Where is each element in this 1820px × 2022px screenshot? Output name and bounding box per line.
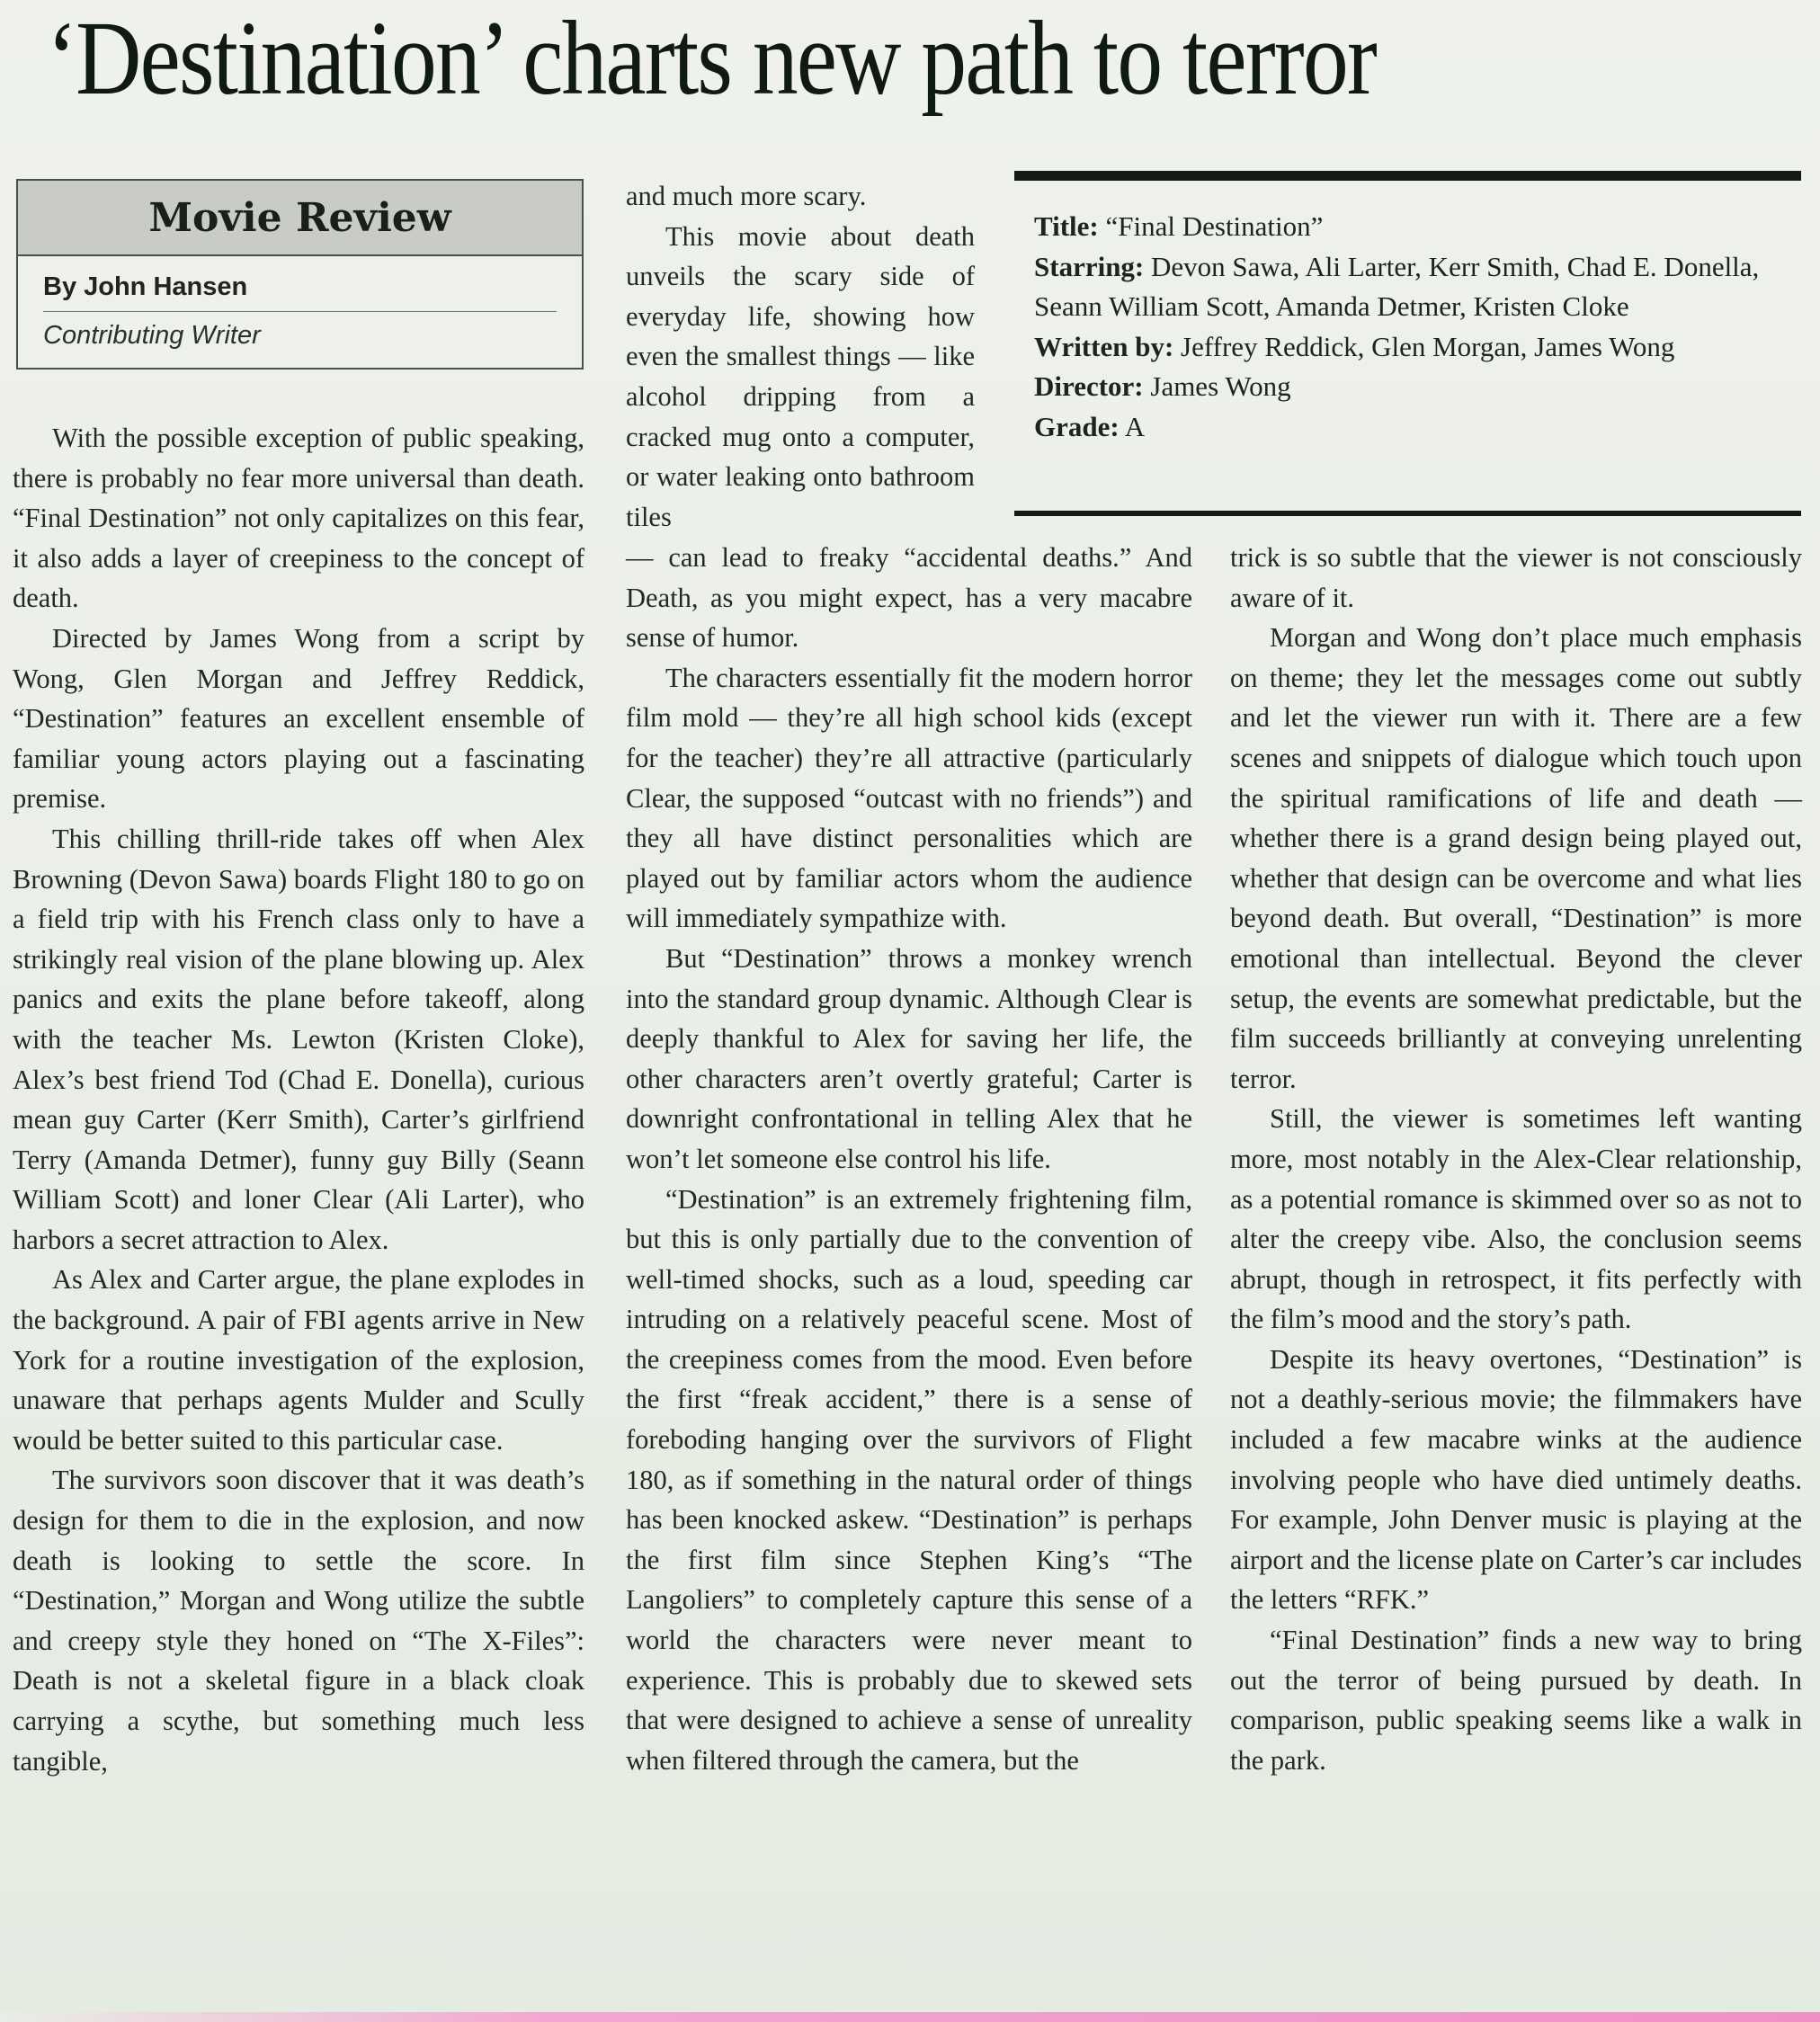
paragraph: This chilling thrill-ride takes off when… [13, 819, 584, 1260]
info-value: A [1120, 411, 1145, 442]
paragraph: As Alex and Carter argue, the plane expl… [13, 1260, 584, 1460]
info-label: Director: [1034, 370, 1144, 402]
info-label: Grade: [1034, 411, 1120, 442]
movie-info-box: Title: “Final Destination” Starring: Dev… [1014, 171, 1801, 516]
paragraph: “Final Destination” finds a new way to b… [1230, 1620, 1802, 1780]
paragraph: trick is so subtle that the viewer is no… [1230, 538, 1802, 618]
info-starring: Starring: Devon Sawa, Ali Larter, Kerr S… [1034, 247, 1789, 327]
info-value: Jeffrey Reddick, Glen Morgan, James Wong [1173, 331, 1674, 362]
paragraph: The characters essentially fit the moder… [626, 658, 1192, 939]
info-value: James Wong [1144, 370, 1291, 402]
paragraph: Morgan and Wong don’t place much emphasi… [1230, 618, 1802, 1099]
info-director: Director: James Wong [1034, 367, 1789, 407]
headline: ‘Destination’ charts new path to terror [47, 0, 1563, 117]
column-2-top: and much more scary. This movie about de… [626, 176, 975, 537]
info-label: Written by: [1034, 331, 1173, 362]
paragraph: “Destination” is an extremely frightenin… [626, 1180, 1192, 1781]
column-1: With the possible exception of public sp… [13, 418, 584, 1781]
column-2: — can lead to freaky “accidental deaths.… [626, 538, 1192, 1780]
paragraph: The survivors soon discover that it was … [13, 1460, 584, 1781]
info-label: Title: [1034, 210, 1099, 242]
paragraph: Still, the viewer is sometimes left want… [1230, 1099, 1802, 1340]
page-edge-strip [0, 2012, 1820, 2022]
rule-divider [1014, 171, 1801, 181]
author-role: Contributing Writer [43, 321, 557, 351]
paragraph: This movie about death unveils the scary… [626, 217, 975, 538]
info-value: “Final Destination” [1099, 210, 1324, 242]
paragraph: Directed by James Wong from a script by … [13, 619, 584, 819]
paragraph: and much more scary. [626, 176, 975, 217]
section-label: Movie Review [18, 181, 582, 256]
paragraph: With the possible exception of public sp… [13, 418, 584, 619]
info-grade: Grade: A [1034, 407, 1789, 448]
paragraph: — can lead to freaky “accidental deaths.… [626, 538, 1192, 658]
info-label: Starring: [1034, 251, 1144, 282]
info-title: Title: “Final Destination” [1034, 207, 1789, 247]
info-written-by: Written by: Jeffrey Reddick, Glen Morgan… [1034, 327, 1789, 368]
paragraph: But “Destination” throws a monkey wrench… [626, 939, 1192, 1180]
movie-review-box: Movie Review By John Hansen Contributing… [16, 179, 584, 370]
byline: By John Hansen [43, 272, 557, 312]
newspaper-page: ‘Destination’ charts new path to terror … [0, 0, 1820, 2022]
paragraph: Despite its heavy overtones, “Destinatio… [1230, 1340, 1802, 1620]
rule-divider [1014, 511, 1801, 516]
column-3: trick is so subtle that the viewer is no… [1230, 538, 1802, 1780]
